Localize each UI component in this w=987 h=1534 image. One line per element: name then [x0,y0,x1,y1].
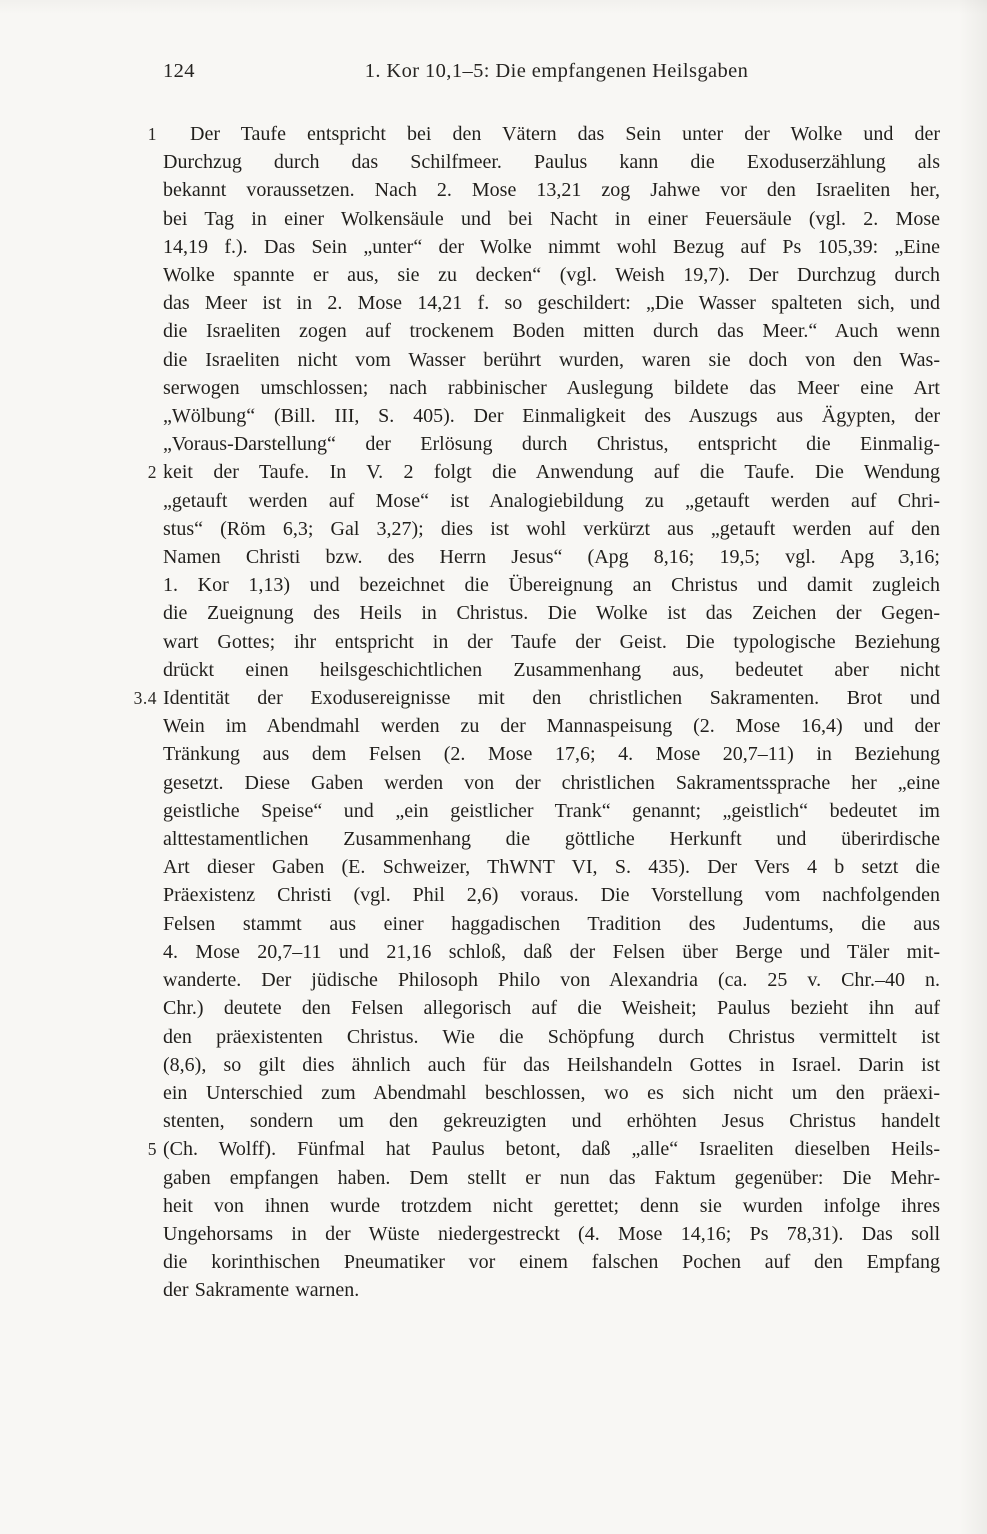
text-line-content: die Israeliten nicht vom Wasser berührt … [163,346,940,374]
text-line: die korinthischen Pneumatiker vor einem … [128,1248,940,1276]
text-line: 5 (Ch. Wolff). Fünfmal hat Paulus betont… [128,1135,940,1163]
text-line-content: die Israeliten zogen auf trockenem Boden… [163,317,940,345]
text-line-content: alttestamentlichen Zusammenhang die gött… [163,825,940,853]
text-line-content: serwogen umschlossen; nach rabbinischer … [163,374,940,402]
text-line: die Israeliten zogen auf trockenem Boden… [128,317,940,345]
book-page-scan: 124 1. Kor 10,1–5: Die empfangenen Heils… [0,0,987,1534]
text-line-content: keit der Taufe. In V. 2 folgt die Anwend… [163,458,940,486]
text-line-content: heit von ihnen wurde trotzdem nicht gere… [163,1192,940,1220]
text-line: bekannt voraussetzen. Nach 2. Mose 13,21… [128,176,940,204]
text-line: stenten, sondern um den gekreuzigten und… [128,1107,940,1135]
text-line-content: Tränkung aus dem Felsen (2. Mose 17,6; 4… [163,740,940,768]
text-line: „Wölbung“ (Bill. III, S. 405). Der Einma… [128,402,940,430]
text-line-content: Präexistenz Christi (vgl. Phil 2,6) vora… [163,881,940,909]
text-line-content: das Meer ist in 2. Mose 14,21 f. so gesc… [163,289,940,317]
text-line: 3.4 Identität der Exodusereignisse mit d… [128,684,940,712]
text-line-content: ein Unterschied zum Abendmahl beschlosse… [163,1079,940,1107]
page-number: 124 [163,60,195,83]
text-line-content: „Voraus-Darstellung“ der Erlösung durch … [163,430,940,458]
text-line-content: wanderte. Der jüdische Philosoph Philo v… [163,966,940,994]
text-line: drückt einen heilsgeschichtlichen Zusamm… [128,656,940,684]
running-title: 1. Kor 10,1–5: Die empfangenen Heilsgabe… [163,60,940,83]
text-line: serwogen umschlossen; nach rabbinischer … [128,374,940,402]
text-line: wart Gottes; ihr entspricht in der Taufe… [128,628,940,656]
text-line: gesetzt. Diese Gaben werden von der chri… [128,769,940,797]
verse-number-marker: 2 [128,458,163,486]
text-line: geistliche Speise“ und „ein geistlicher … [128,797,940,825]
text-line: Art dieser Gaben (E. Schweizer, ThWNT VI… [128,853,940,881]
text-line: den präexistenten Christus. Wie die Schö… [128,1023,940,1051]
text-line-content: stenten, sondern um den gekreuzigten und… [163,1107,940,1135]
text-line: Durchzug durch das Schilfmeer. Paulus ka… [128,148,940,176]
text-line-content: 1. Kor 1,13) und bezeichnet die Übereign… [163,571,940,599]
text-line-content: Art dieser Gaben (E. Schweizer, ThWNT VI… [163,853,940,881]
text-line-content: gaben empfangen haben. Dem stellt er nun… [163,1164,940,1192]
text-line-content: drückt einen heilsgeschichtlichen Zusamm… [163,656,940,684]
running-head: 124 1. Kor 10,1–5: Die empfangenen Heils… [163,60,940,87]
text-line: ein Unterschied zum Abendmahl beschlosse… [128,1079,940,1107]
text-line-content: Chr.) deutete den Felsen allegorisch auf… [163,994,940,1022]
text-line: Wolke spannte er aus, sie zu decken“ (vg… [128,261,940,289]
text-line: 4. Mose 20,7–11 und 21,16 schloß, daß de… [128,938,940,966]
text-line: Präexistenz Christi (vgl. Phil 2,6) vora… [128,881,940,909]
text-line-content: Der Taufe entspricht bei den Vätern das … [163,120,940,148]
text-line: Chr.) deutete den Felsen allegorisch auf… [128,994,940,1022]
text-line-content: Durchzug durch das Schilfmeer. Paulus ka… [163,148,940,176]
text-line-content: Wolke spannte er aus, sie zu decken“ (vg… [163,261,940,289]
text-line-content: Identität der Exodusereignisse mit den c… [163,684,940,712]
text-line: „getauft werden auf Mose“ ist Analogiebi… [128,487,940,515]
text-line-content: „getauft werden auf Mose“ ist Analogiebi… [163,487,940,515]
text-line: (8,6), so gilt dies ähnlich auch für das… [128,1051,940,1079]
text-line-content: den präexistenten Christus. Wie die Schö… [163,1023,940,1051]
text-line-content: 4. Mose 20,7–11 und 21,16 schloß, daß de… [163,938,940,966]
text-line: Ungehorsams in der Wüste niedergestreckt… [128,1220,940,1248]
text-line-content: stus“ (Röm 6,3; Gal 3,27); dies ist wohl… [163,515,940,543]
text-line: Wein im Abendmahl werden zu der Mannaspe… [128,712,940,740]
text-line-content: wart Gottes; ihr entspricht in der Taufe… [163,628,940,656]
text-line-content: Namen Christi bzw. des Herrn Jesus“ (Apg… [163,543,940,571]
text-line-content: 14,19 f.). Das Sein „unter“ der Wolke ni… [163,233,940,261]
text-line: „Voraus-Darstellung“ der Erlösung durch … [128,430,940,458]
text-line: Felsen stammt aus einer haggadischen Tra… [128,910,940,938]
commentary-text: 1 Der Taufe entspricht bei den Vätern da… [128,120,940,1305]
text-line-content: Ungehorsams in der Wüste niedergestreckt… [163,1220,940,1248]
text-line: die Zueignung des Heils in Christus. Die… [128,599,940,627]
page-content: 124 1. Kor 10,1–5: Die empfangenen Heils… [128,60,940,1305]
verse-number-marker: 3.4 [128,684,163,712]
text-line: 1 Der Taufe entspricht bei den Vätern da… [128,120,940,148]
text-line-content: gesetzt. Diese Gaben werden von der chri… [163,769,940,797]
text-line: der Sakramente warnen. [128,1276,940,1304]
text-line-content: bekannt voraussetzen. Nach 2. Mose 13,21… [163,176,940,204]
text-line: gaben empfangen haben. Dem stellt er nun… [128,1164,940,1192]
text-line: heit von ihnen wurde trotzdem nicht gere… [128,1192,940,1220]
text-line-content: der Sakramente warnen. [163,1276,940,1304]
text-line: alttestamentlichen Zusammenhang die gött… [128,825,940,853]
text-line: wanderte. Der jüdische Philosoph Philo v… [128,966,940,994]
text-line-content: bei Tag in einer Wolkensäule und bei Nac… [163,205,940,233]
text-line: die Israeliten nicht vom Wasser berührt … [128,346,940,374]
text-line: das Meer ist in 2. Mose 14,21 f. so gesc… [128,289,940,317]
text-line-content: die Zueignung des Heils in Christus. Die… [163,599,940,627]
verse-number-marker: 1 [128,120,163,148]
text-line: 1. Kor 1,13) und bezeichnet die Übereign… [128,571,940,599]
text-line-content: Wein im Abendmahl werden zu der Mannaspe… [163,712,940,740]
text-line-content: (8,6), so gilt dies ähnlich auch für das… [163,1051,940,1079]
text-line: stus“ (Röm 6,3; Gal 3,27); dies ist wohl… [128,515,940,543]
text-line-content: die korinthischen Pneumatiker vor einem … [163,1248,940,1276]
text-line: bei Tag in einer Wolkensäule und bei Nac… [128,205,940,233]
text-line-content: (Ch. Wolff). Fünfmal hat Paulus betont, … [163,1135,940,1163]
text-line-content: Felsen stammt aus einer haggadischen Tra… [163,910,940,938]
text-line: Tränkung aus dem Felsen (2. Mose 17,6; 4… [128,740,940,768]
text-line: Namen Christi bzw. des Herrn Jesus“ (Apg… [128,543,940,571]
text-line-content: geistliche Speise“ und „ein geistlicher … [163,797,940,825]
text-line-content: „Wölbung“ (Bill. III, S. 405). Der Einma… [163,402,940,430]
text-line: 14,19 f.). Das Sein „unter“ der Wolke ni… [128,233,940,261]
text-line: 2 keit der Taufe. In V. 2 folgt die Anwe… [128,458,940,486]
verse-number-marker: 5 [128,1135,163,1163]
